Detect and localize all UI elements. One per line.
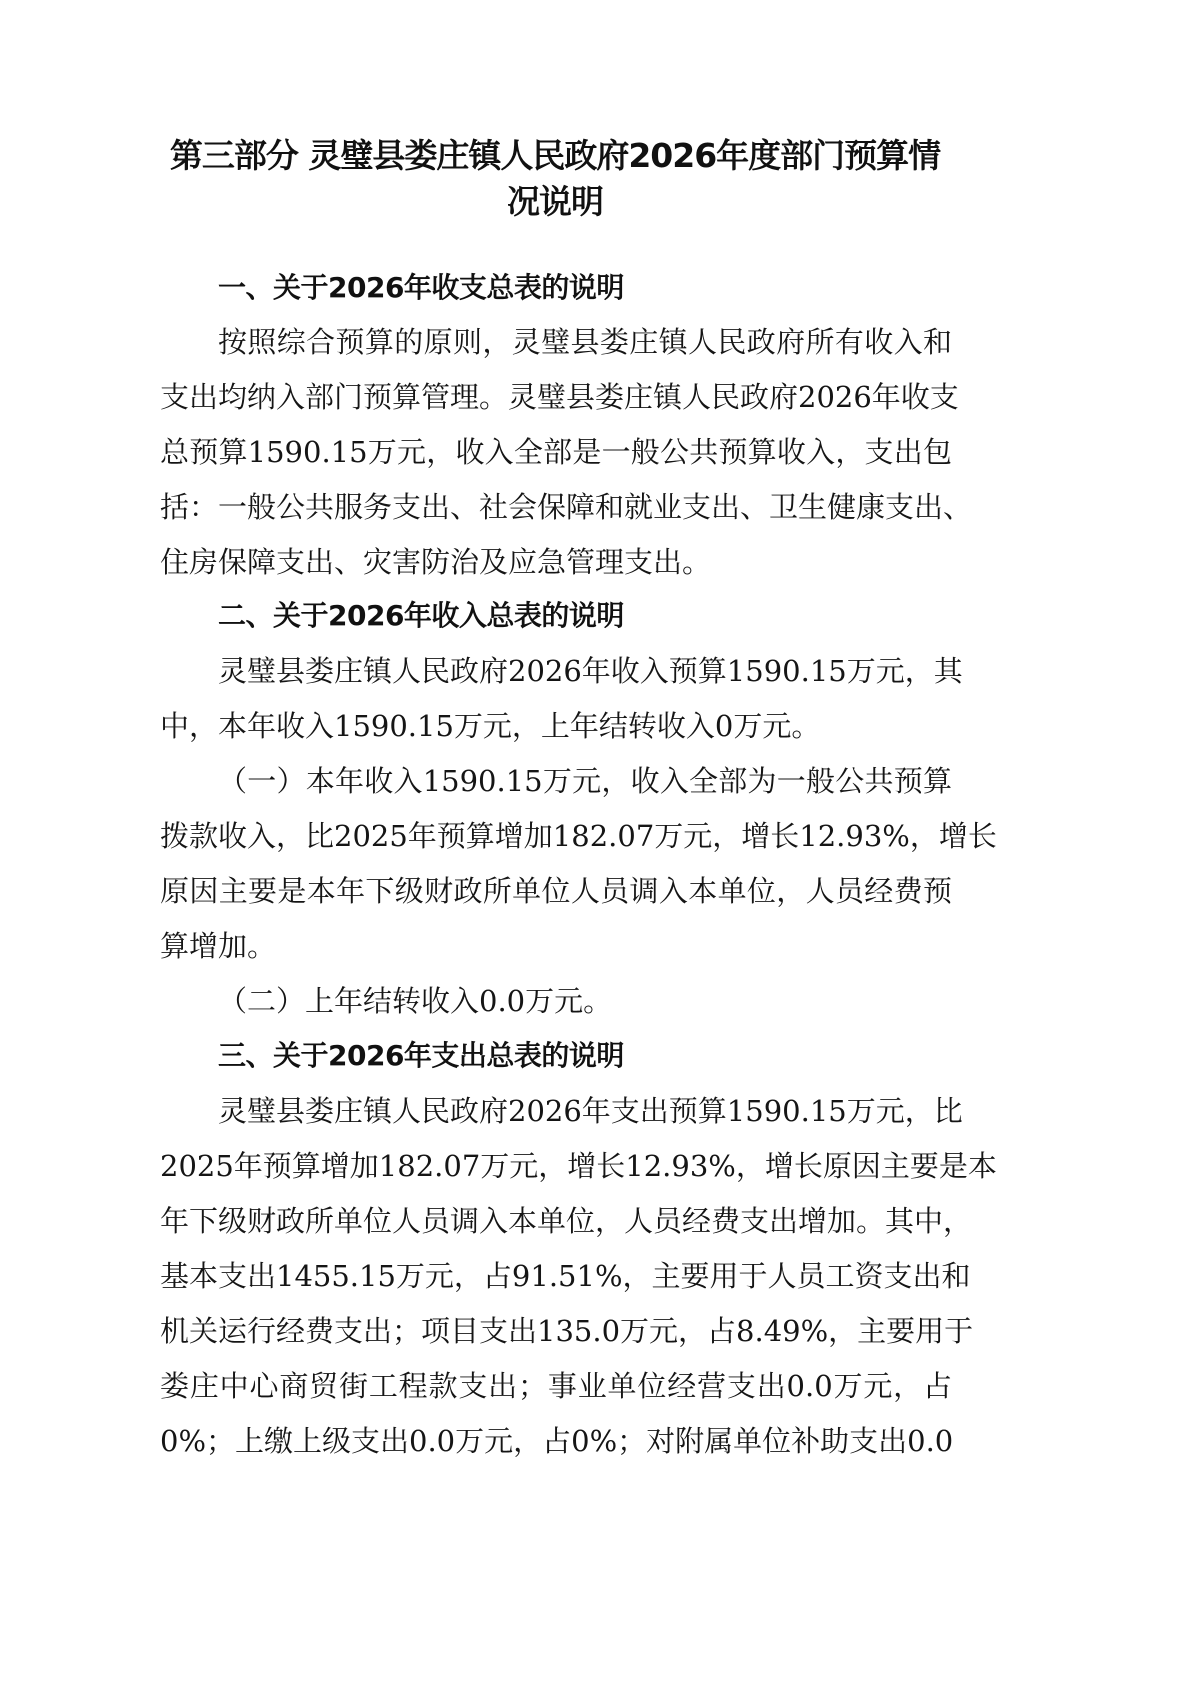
paragraph-line: 0%；上缴上级支出0.0万元，占0%；对附属单位补助支出0.0 (160, 1421, 952, 1461)
paragraph-line: 年下级财政所单位人员调入本单位，人员经费支出增加。其中， (160, 1201, 952, 1241)
paragraph-line: （二）上年结转收入0.0万元。 (218, 981, 952, 1021)
paragraph-line: 括：一般公共服务支出、社会保障和就业支出、卫生健康支出、 (160, 487, 952, 527)
document-title-line-2: 况说明 (150, 176, 960, 223)
paragraph-line: （一）本年收入1590.15万元，收入全部为一般公共预算 (218, 761, 952, 801)
paragraph-line: 总预算1590.15万元，收入全部是一般公共预算收入，支出包 (160, 432, 952, 472)
paragraph-line: 2025年预算增加182.07万元，增长12.93%，增长原因主要是本 (160, 1146, 952, 1186)
section-heading-1: 一、关于2026年收支总表的说明 (218, 268, 624, 308)
paragraph-line: 灵璧县娄庄镇人民政府2026年收入预算1590.15万元，其 (218, 651, 952, 691)
document-title-line-1: 第三部分 灵璧县娄庄镇人民政府2026年度部门预算情 (150, 130, 960, 177)
paragraph-line: 灵璧县娄庄镇人民政府2026年支出预算1590.15万元，比 (218, 1091, 952, 1131)
paragraph-line: 按照综合预算的原则，灵璧县娄庄镇人民政府所有收入和 (218, 322, 952, 362)
paragraph-line: 娄庄中心商贸街工程款支出；事业单位经营支出0.0万元，占 (160, 1366, 952, 1406)
paragraph-line: 基本支出1455.15万元，占91.51%，主要用于人员工资支出和 (160, 1256, 952, 1296)
paragraph-line: 中，本年收入1590.15万元，上年结转收入0万元。 (160, 706, 952, 746)
paragraph-line: 算增加。 (160, 926, 952, 966)
paragraph-line: 机关运行经费支出；项目支出135.0万元，占8.49%，主要用于 (160, 1311, 952, 1351)
paragraph-line: 住房保障支出、灾害防治及应急管理支出。 (160, 542, 952, 582)
section-heading-3: 三、关于2026年支出总表的说明 (218, 1036, 624, 1076)
paragraph-line: 支出均纳入部门预算管理。灵璧县娄庄镇人民政府2026年收支 (160, 377, 952, 417)
section-heading-2: 二、关于2026年收入总表的说明 (218, 596, 624, 636)
document-page: 第三部分 灵璧县娄庄镇人民政府2026年度部门预算情 况说明 一、关于2026年… (0, 0, 1190, 1684)
paragraph-line: 原因主要是本年下级财政所单位人员调入本单位，人员经费预 (160, 871, 952, 911)
paragraph-line: 拨款收入，比2025年预算增加182.07万元，增长12.93%，增长 (160, 816, 952, 856)
